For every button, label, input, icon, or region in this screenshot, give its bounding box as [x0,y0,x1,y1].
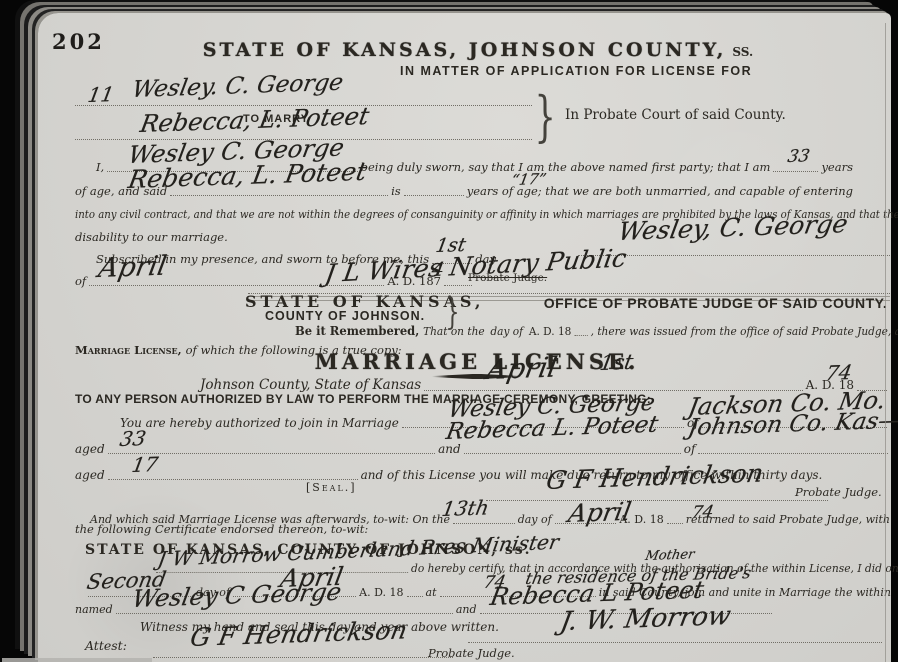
bride-name-handwritten: Rebecca, L. Poteet [138,102,371,138]
header-ss: SS. [732,45,753,59]
oath-i-label: I, [96,160,104,174]
certificate-intro-line: the following Certificate endorsed there… [75,522,368,536]
return-text-3: the following Certificate endorsed there… [75,522,368,536]
sworn-month-handwritten: April [96,251,169,284]
fill-line [698,443,888,454]
named-label: named [75,603,113,616]
is-label: is [391,184,401,198]
fill-line [404,186,464,196]
scan-edge-line [885,23,886,662]
scanned-record-page: 202 STATE OF KANSAS, JOHNSON COUNTY, SS.… [0,0,898,662]
ad-label: A. D. 18 [529,325,572,338]
return-text-2: returned to said Probate Judge, with [686,513,890,526]
authorize-text: You are hereby authorized to join in Mar… [120,416,399,430]
groom-name-handwritten: Wesley. C. George [130,70,345,103]
header-title: STATE OF KANSAS, JOHNSON COUNTY, [203,39,727,61]
fill-line [464,443,681,454]
attest-label: Attest: [85,638,127,653]
probate-court-note: In Probate Court of said County. [565,107,786,123]
oath-line4-text: disability to our marriage. [75,230,228,244]
document-paper: 202 STATE OF KANSAS, JOHNSON COUNTY, SS.… [38,13,891,662]
header-subtitle: IN MATTER OF APPLICATION FOR LICENSE FOR [400,64,752,78]
license-month-handwritten: April [484,351,560,386]
bride-age-line: aged and of this License you will make d… [75,468,891,482]
be-it-remembered-line: Be it Remembered, That on the day of A. … [295,324,867,338]
fill-line [407,587,423,597]
marriage-license-label: Marriage License, [75,343,182,357]
probate-judge-label: Probate Judge. [428,646,515,660]
license-day-handwritten: 1st [598,350,635,375]
minister-signature: J. W. Morrow [558,601,733,637]
minister-signature-line [468,642,882,643]
seal-label: [Seal.] [306,481,357,494]
oath-groom-age-handwritten: 33 [786,146,811,167]
return-year-handwritten: 74 [690,502,715,523]
day-of-label: day of [490,325,523,338]
and-label: and [456,603,477,616]
day-of-label: day of [518,513,552,526]
aged-label: aged [75,442,105,456]
brace-glyph: } [535,85,556,148]
struck-probate-judge-label: Probate Judge. [468,272,547,284]
office-county-heading: COUNTY OF JOHNSON. [265,309,425,323]
record-number-handwritten: 11 [86,82,116,107]
return-month-handwritten: April [566,497,634,528]
license-year-handwritten: 74 [824,360,854,385]
document-header: STATE OF KANSAS, JOHNSON COUNTY, SS. [168,39,788,61]
years-label: years [821,160,853,174]
remembered-text: That on the [423,325,485,338]
at-label: at [426,586,437,599]
attest-signature-line [153,657,453,658]
oath-bride-age-handwritten: “17” [510,170,548,189]
scan-bottom-edge [2,658,152,662]
ceremony-place-insert-handwritten: Mother [644,547,696,564]
license-place-text: Johnson County, State of Kansas [200,377,421,393]
groom-age-line: aged and of [75,442,891,456]
license-groom-age-handwritten: 33 [118,426,148,451]
return-day-handwritten: 13th [440,495,491,521]
oath-line-4: disability to our marriage. [75,230,228,244]
issued-text: , there was issued from the office of sa… [591,325,898,338]
aged-label: aged [75,468,105,482]
of-label: of [684,442,696,456]
fill-line [667,514,683,524]
probate-judge-label: Probate Judge. [795,485,882,499]
fill-line [424,379,802,391]
page-number: 202 [52,29,105,54]
fill-line [574,326,587,336]
ad-label: A. D. 18 [359,586,403,599]
of-label: of [75,274,86,288]
judge-signature-line [486,500,828,501]
remembered-label: Be it Remembered, [295,324,419,338]
license-bride-age-handwritten: 17 [130,452,160,477]
judge-signature: G F Hendrickson [544,459,766,495]
oath-line1-text: being duly sworn, say that I am the abov… [361,160,771,174]
office-title: OFFICE OF PROBATE JUDGE OF SAID COUNTY. [538,295,893,311]
